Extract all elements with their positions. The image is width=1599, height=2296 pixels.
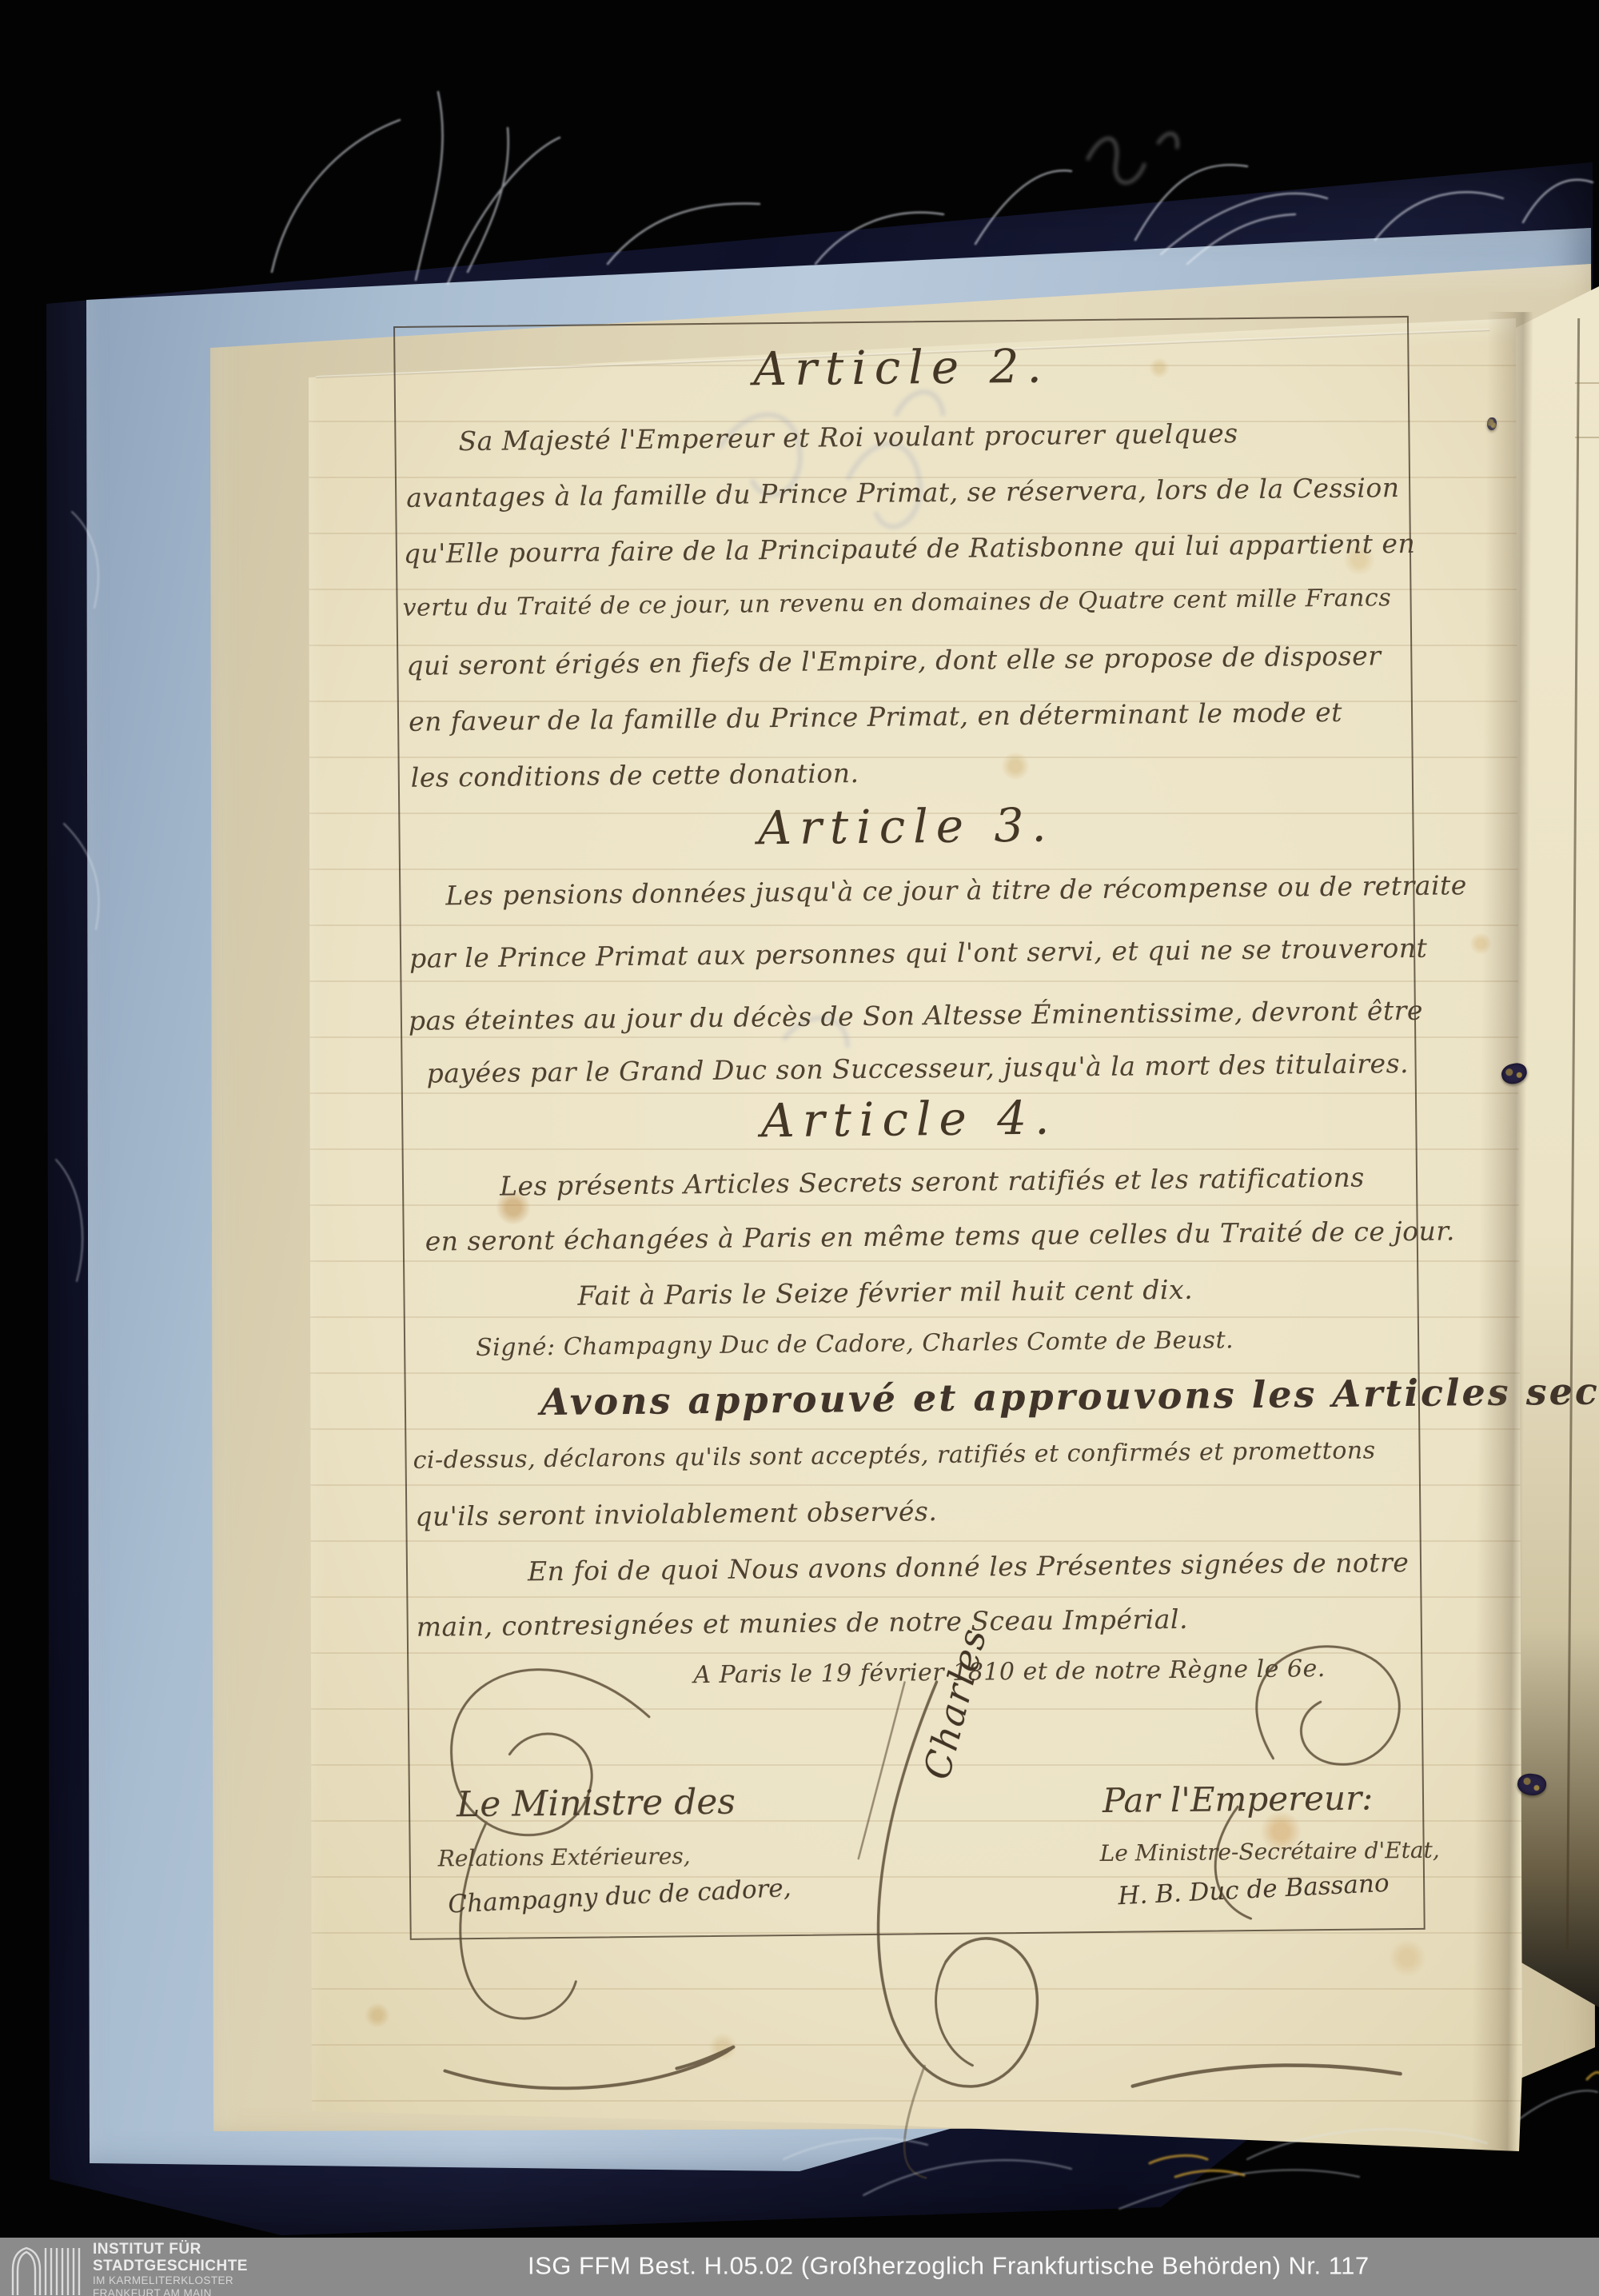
photo-area: Article 2. Sa Majesté l'Empereur et Roi … <box>0 0 1599 2238</box>
archive-caption-bar: INSTITUT FÜR STADTGESCHICHTE IM KARMELIT… <box>0 2238 1599 2296</box>
manuscript-line: qui seront érigés en fiefs de l'Empire, … <box>406 642 1381 679</box>
scanned-book-photo: Article 2. Sa Majesté l'Empereur et Roi … <box>0 0 1599 2296</box>
manuscript-line: pas éteintes au jour du décès de Son Alt… <box>409 997 1423 1034</box>
left-signature-subtitle: Relations Extérieures, <box>438 1843 691 1871</box>
logo-line: IM KARMELITERKLOSTER <box>93 2274 248 2287</box>
next-page-rule-line <box>1575 382 1599 384</box>
manuscript-line: payées par le Grand Duc son Successeur, … <box>426 1050 1409 1087</box>
manuscript-line: qu'Elle pourra faire de la Principauté d… <box>404 530 1416 567</box>
approval-line: En foi de quoi Nous avons donné les Prés… <box>528 1549 1410 1584</box>
manuscript-line: en seront échangées à Paris en même tems… <box>425 1217 1455 1254</box>
right-signature-title: Par l'Empereur: <box>1103 1778 1374 1819</box>
logo-line: FRANKFURT AM MAIN <box>93 2287 248 2296</box>
logo-line: INSTITUT FÜR <box>93 2241 248 2258</box>
manuscript-line: Les pensions données jusqu'à ce jour à t… <box>445 872 1467 908</box>
isg-logo-text: INSTITUT FÜR STADTGESCHICHTE IM KARMELIT… <box>93 2241 248 2296</box>
manuscript-line: par le Prince Primat aux personnes qui l… <box>409 935 1427 972</box>
article-2-heading: Article 2. <box>395 335 1408 400</box>
manuscript-line: en faveur de la famille du Prince Primat… <box>409 699 1342 735</box>
left-signature-title: Le Ministre des <box>457 1782 736 1826</box>
archive-shelfmark-caption: ISG FFM Best. H.05.02 (Großherzoglich Fr… <box>528 2251 1370 2280</box>
article-4-heading: Article 4. <box>403 1087 1416 1152</box>
article-3-heading: Article 3. <box>400 794 1413 859</box>
manuscript-line: avantages à la famille du Prince Primat,… <box>406 474 1400 511</box>
approval-line: qu'ils seront inviolablement observés. <box>415 1498 937 1530</box>
right-signature-subtitle: Le Ministre-Secrétaire d'Etat, <box>1100 1837 1440 1867</box>
manuscript-line: Sa Majesté l'Empereur et Roi voulant pro… <box>458 420 1238 454</box>
manuscript-line: les conditions de cette donation. <box>411 760 859 791</box>
gothic-arch-icon <box>10 2246 83 2295</box>
approval-line: ci-dessus, déclarons qu'ils sont accepté… <box>413 1439 1375 1472</box>
manuscript-line: Les présents Articles Secrets seront rat… <box>500 1164 1365 1200</box>
manuscript-line: vertu du Traité de ce jour, un revenu en… <box>402 586 1391 621</box>
logo-line: STADTGESCHICHTE <box>93 2258 248 2274</box>
signed-line: Signé: Champagny Duc de Cadore, Charles … <box>476 1328 1234 1360</box>
ruled-frame: Article 2. Sa Majesté l'Empereur et Roi … <box>393 316 1426 1940</box>
next-page-frame-line <box>1566 318 1580 1950</box>
isg-logo: INSTITUT FÜR STADTGESCHICHTE IM KARMELIT… <box>10 2241 248 2296</box>
next-page-rule-line <box>1575 437 1599 438</box>
dateline-fait: Fait à Paris le Seize février mil huit c… <box>577 1276 1193 1309</box>
